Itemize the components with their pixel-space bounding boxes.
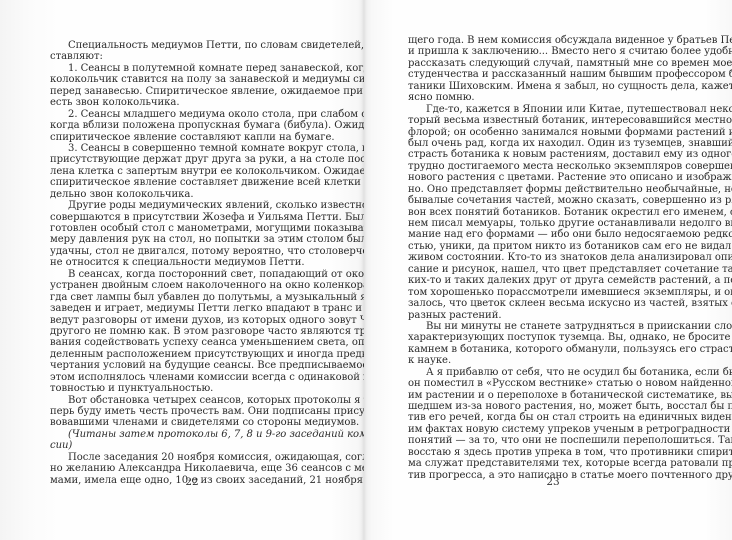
left-page-text: Специальность медиумов Петти, по словам …: [50, 40, 328, 486]
text-line: гда свет лампы был убавлен до полутьмы, …: [50, 292, 328, 303]
paragraph: (Читаны затем протоколы 6, 7, 8 и 9-го з…: [50, 429, 328, 452]
text-line: нем писал мемуары, только другие останав…: [408, 218, 688, 229]
text-line: но желанию Александра Николаевича, еще 3…: [50, 463, 328, 474]
book-gutter: [361, 0, 367, 540]
text-line: им фактах новую систему упреков ученым в…: [408, 424, 688, 435]
text-line: бывалые сочетания частей, можно сказать,…: [408, 195, 688, 206]
text-line: товностью и пунктуальностью.: [50, 383, 328, 394]
text-line: А я прибавлю от себя, что не осудил бы б…: [408, 367, 688, 378]
text-line: 1. Сеансы в полутемной комнате перед зан…: [50, 63, 328, 74]
right-page-text: щего года. В нем комиссия обсуждала виде…: [408, 35, 688, 481]
text-line: (Читаны затем протоколы 6, 7, 8 и 9-го з…: [50, 429, 328, 440]
text-line: ких-то и таких далеких друг от друга сем…: [408, 275, 688, 286]
text-line: не относится к специальности медиумов Пе…: [50, 257, 328, 268]
text-line: трудно достигаемого места несколько экзе…: [408, 161, 688, 172]
text-line: перед занавесью. Спиритическое явление, …: [50, 86, 328, 97]
text-line: 2. Сеансы младшего медиума около стола, …: [50, 109, 328, 120]
paragraph: Специальность медиумов Петти, по словам …: [50, 40, 328, 63]
text-line: совершаются в присутствии Жозефа и Уилья…: [50, 212, 328, 223]
text-line: удачны, стол не двигался, потому вероятн…: [50, 246, 328, 257]
text-line: когда вблизи положена пропускная бумага …: [50, 120, 328, 131]
text-line: спиритическое явление составляют капли н…: [50, 132, 328, 143]
text-line: ясно помню.: [408, 92, 688, 103]
text-line: разных растений.: [408, 310, 688, 321]
text-line: и пришла к заключению... Вместо него я с…: [408, 46, 688, 57]
paragraph: Другие роды медиумических явлений, сколь…: [50, 200, 328, 269]
text-line: том хорошенько порассмотрели имевшиеся э…: [408, 287, 688, 298]
text-line: этом исполнялось членами комиссии всегда…: [50, 372, 328, 383]
text-line: мание над его формами — ибо они было нед…: [408, 229, 688, 240]
paragraph: А я прибавлю от себя, что не осудил бы б…: [408, 367, 688, 481]
text-line: вон всех понятий ботаников. Ботаник окре…: [408, 207, 688, 218]
page-number-right: 23: [533, 476, 573, 488]
text-line: щего года. В нем комиссия обсуждала виде…: [408, 35, 688, 46]
text-line: спиритическое явление составляет движени…: [50, 177, 328, 188]
text-line: ма служат представителями тех, которые в…: [408, 458, 688, 469]
text-line: тив его речей, когда бы он стал строить …: [408, 412, 688, 423]
text-line: живом состоянии. Кто-то из знатоков дела…: [408, 252, 688, 263]
text-line: ведут разговоры от имени духов, из котор…: [50, 315, 328, 326]
text-line: 3. Сеансы в совершенно темной комнате во…: [50, 143, 328, 154]
text-line: Вот обстановка четырех сеансов, которых …: [50, 395, 328, 406]
text-line: камнем в ботаника, которого обманули, по…: [408, 344, 688, 355]
text-line: перь буду иметь честь прочесть вам. Они …: [50, 406, 328, 417]
text-line: к науке.: [408, 355, 688, 366]
left-page: Специальность медиумов Петти, по словам …: [0, 0, 364, 540]
text-line: меру давления рук на стол, но попытки за…: [50, 234, 328, 245]
text-line: присутствующие держат друг друга за руки…: [50, 154, 328, 165]
text-line: чертания условий на будущие сеансы. Все …: [50, 360, 328, 371]
text-line: лена клетка с запертым внутри ее колокол…: [50, 166, 328, 177]
text-line: но. Оно представляет формы действительно…: [408, 184, 688, 195]
book-spread: Специальность медиумов Петти, по словам …: [0, 0, 732, 540]
text-line: колокольчик ставится на полу за занавеск…: [50, 74, 328, 85]
text-line: залось, что цветок склеен весьма искусно…: [408, 298, 688, 309]
text-line: вания содействовать успеху сеанса уменьш…: [50, 337, 328, 348]
page-number-left: 22: [172, 476, 212, 488]
text-line: вовавшими членами и свидетелями со сторо…: [50, 417, 328, 428]
paragraph: 1. Сеансы в полутемной комнате перед зан…: [50, 63, 328, 109]
text-line: Вы ни минуты не станете затрудняться в п…: [408, 321, 688, 332]
text-line: После заседания 20 ноября комиссия, ожид…: [50, 452, 328, 463]
text-line: был очень рад, когда их находил. Один из…: [408, 138, 688, 149]
text-line: ставляют:: [50, 51, 328, 62]
text-line: страсть ботаника к новым растениям, дост…: [408, 149, 688, 160]
text-line: Другие роды медиумических явлений, сколь…: [50, 200, 328, 211]
text-line: заведен и играет, медиумы Петти легко вп…: [50, 303, 328, 314]
text-line: дельно звон колокольчика.: [50, 189, 328, 200]
text-line: студенчества и рассказанный нашим бывшим…: [408, 69, 688, 80]
paragraph: Где-то, кажется в Японии или Китае, путе…: [408, 104, 688, 321]
text-line: В сеансах, когда посторонний свет, попад…: [50, 269, 328, 280]
text-line: им растении и о переполохе в ботаническо…: [408, 390, 688, 401]
text-line: сии): [50, 440, 328, 451]
text-line: он поместил в «Русском вестнике» статью …: [408, 378, 688, 389]
paragraph: 2. Сеансы младшего медиума около стола, …: [50, 109, 328, 143]
text-line: восстаю я здесь против упрека в том, что…: [408, 447, 688, 458]
paragraph: Вы ни минуты не станете затрудняться в п…: [408, 321, 688, 367]
text-line: таники Шиховским. Имена я забыл, но сущн…: [408, 81, 688, 92]
text-line: готовлен особый стол с манометрами, могу…: [50, 223, 328, 234]
text-line: флорой; он особенно занимался новыми фор…: [408, 127, 688, 138]
right-page: щего года. В нем комиссия обсуждала виде…: [364, 0, 732, 540]
text-line: стью, уники, да притом никто из ботанико…: [408, 241, 688, 252]
paragraph: щего года. В нем комиссия обсуждала виде…: [408, 35, 688, 104]
text-line: рассказать следующий случай, памятный мн…: [408, 58, 688, 69]
text-line: Где-то, кажется в Японии или Китае, путе…: [408, 104, 688, 115]
text-line: другого не помню как. В этом разговоре ч…: [50, 326, 328, 337]
text-line: сание и рисунок, нашел, что цвет предста…: [408, 264, 688, 275]
paragraph: Вот обстановка четырех сеансов, которых …: [50, 395, 328, 429]
text-line: устранен двойным слоем наколоченного на …: [50, 280, 328, 291]
text-line: деленным расположением присутствующих и …: [50, 349, 328, 360]
paragraph: 3. Сеансы в совершенно темной комнате во…: [50, 143, 328, 200]
text-line: характеризующих поступок туземца. Вы, од…: [408, 332, 688, 343]
paragraph: В сеансах, когда посторонний свет, попад…: [50, 269, 328, 395]
text-line: шедшем из-за нового растения, но, может …: [408, 401, 688, 412]
text-line: Специальность медиумов Петти, по словам …: [50, 40, 328, 51]
text-line: торый весьма известный ботаник, интересо…: [408, 115, 688, 126]
text-line: есть звон колокольчика.: [50, 97, 328, 108]
text-line: понятий — за то, что они не поспешили пе…: [408, 435, 688, 446]
text-line: нового растения с цветами. Растение это …: [408, 172, 688, 183]
